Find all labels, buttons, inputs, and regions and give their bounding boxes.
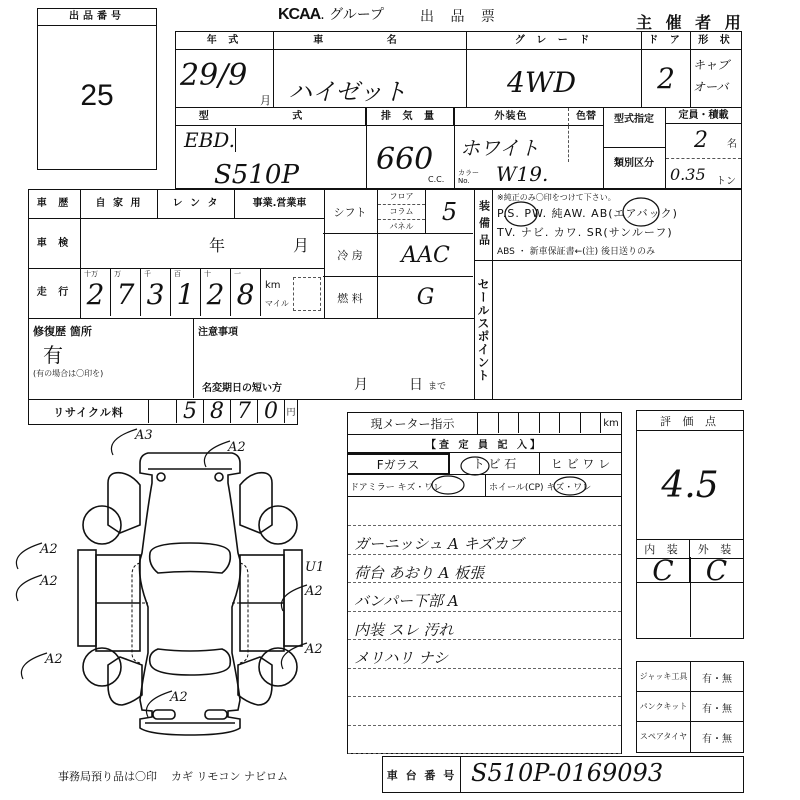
svg-text:A2: A2 [39,542,58,557]
year-label: 年 式 [176,32,274,50]
load-unit: トン [716,172,736,187]
shift-options: フロア コラム パネル [378,190,426,234]
meter-digit[interactable] [519,413,540,433]
shift-table: シフト フロア コラム パネル 5 冷 房 AAC 燃 料 G [323,189,475,319]
recycle-digit-empty [149,400,177,423]
recycle-digit: 5 [177,400,204,423]
tool-label: スペアタイヤ [637,722,691,752]
inspector-circle-marks [348,453,621,501]
note-line [348,525,621,526]
capacity-unit: 名 [727,135,737,150]
lot-box: 出品番号 25 [37,8,157,170]
name-change-month: 月 [354,374,368,394]
note-line [348,753,621,754]
meter-label: 現メーター指示 [348,413,478,435]
inspection-month: 月 [293,233,309,256]
fuel-value: G [378,277,473,318]
recycle-digit: 0 [258,400,285,423]
svg-text:U1: U1 [305,560,324,575]
color-label: 外装色 [454,108,568,126]
inspector-note: メリハリ ナシ [354,647,448,668]
recycle-digit: 7 [231,400,258,423]
tool-label: パンクキット [637,692,691,722]
color-no-value: W19. [496,162,548,186]
inspector-section-label: 【査 定 員 記 入】 [348,435,621,453]
shift-label: シフト [323,190,378,234]
car-damage-diagram[interactable]: A3A2A2A2A2A2A2A2U1 [0,425,345,765]
displacement-value: 660 [376,142,433,177]
recycle-digit: 8 [204,400,231,423]
tool-value[interactable]: 有・無 [691,692,743,722]
mileage-digit: 百1 [171,269,201,316]
mileage-unit-km: km [265,280,281,291]
displacement-unit: C.C. [428,175,444,184]
equipment-label: 装備品 [475,190,493,261]
tool-row: ジャッキ工具有・無 [637,662,743,692]
mileage-unit-mile: マイル [265,298,289,309]
inspector-note: 荷台 あおり A 板張 [354,562,484,583]
note-line [348,696,621,697]
mileage-digit: 万7 [111,269,141,316]
model-value-1: EBD. [184,128,236,152]
capacity-label: 定員・積載 [666,108,741,124]
tool-row: パンクキット有・無 [637,692,743,722]
tool-row: スペアタイヤ有・無 [637,722,743,752]
lot-label: 出品番号 [38,9,156,26]
load-value: 0.35 [670,165,706,184]
model-label: 型 式 [176,108,366,126]
dash-divider [568,126,569,162]
grade-label: グ レ ー ド [467,32,642,50]
chassis-label: 車 台 番 号 [383,757,461,792]
mileage-digit: 十2 [201,269,231,316]
inspector-note: ガーニッシュ A キズカブ [354,533,523,554]
name-value: ハイゼット [274,50,467,107]
color-no-label: カラー No. [458,169,480,185]
name-label: 車 名 [274,32,467,50]
lot-number: 25 [38,26,156,166]
displacement-label: 排 気 量 [366,108,454,126]
meter-digit[interactable] [499,413,520,433]
ac-label: 冷 房 [323,234,378,277]
history-table: 車 歴 自 家 用 レ ン タ 事業.営業車 車 検 年 月 走 行 十万2万7… [28,189,325,319]
caution-label: 注意事項 [198,323,470,338]
tool-value[interactable]: 有・無 [691,722,743,752]
svg-text:A2: A2 [44,652,63,667]
score-value: 4.5 [637,431,743,539]
recycle-unit: 円 [285,400,297,423]
sales-point-label: セールスポイント [475,261,493,399]
ac-value: AAC [378,234,473,277]
meter-unit: km [601,413,621,435]
type-designation-cell: 型式指定 [603,108,666,148]
inspector-note: 内装 スレ 汚れ [354,619,454,640]
brand: KCAA. グループ [278,4,384,24]
color-value: ホワイト [460,132,539,161]
shift-floor[interactable]: フロア [378,190,425,205]
recycle-cells: 5870 [177,400,285,423]
repair-cell: 修復歴 箇所 有 (有の場合は〇印を) [29,319,194,398]
inspector-notes[interactable]: ガーニッシュ A キズカブ荷台 あおり A 板張バンパー下部 A内装 スレ 汚れ… [348,497,621,753]
grade-value: 4WD [467,50,642,107]
equipment-table: 装備品 ※純正のみ〇印をつけて下さい。 P.S. PW. 純AW. AB(エアバ… [474,189,742,400]
name-change-label: 名変期日の短い方 [202,379,282,394]
office-note: 事務局預り品は〇印 カギ リモコン ナビロム [58,768,288,784]
mileage-digit: 十万2 [81,269,111,316]
mileage-cells: 十万2万7千3百1十2一8 [81,269,261,318]
meter-digit[interactable] [581,413,602,433]
equipment-circle-marks [493,190,741,261]
recycle-table: リサイクル料 5870 円 [28,400,298,425]
name-change-day: 日 [409,374,423,394]
mileage-digit: 千3 [141,269,171,316]
shift-column[interactable]: コラム [378,205,425,220]
shape-label: 形 状 [691,32,741,50]
shift-value: 5 [426,190,473,234]
score-label: 評 価 点 [637,411,743,431]
history-option-private[interactable]: 自 家 用 [81,190,158,219]
fuel-label: 燃 料 [323,277,378,318]
svg-text:A3: A3 [134,428,153,443]
svg-text:A2: A2 [304,584,323,599]
chassis-box: 車 台 番 号 S510P-0169093 [382,756,744,793]
door-label: ド ア [642,32,691,50]
category-cell: 類別区分 [603,148,666,188]
inspection-cell: 年 月 [81,219,324,269]
svg-text:A2: A2 [304,642,323,657]
door-value: 2 [642,50,691,107]
form-title: 出 品 票 [420,6,501,26]
repair-table: 修復歴 箇所 有 (有の場合は〇印を) 注意事項 名変期日の短い方 月 日 まで [28,319,475,400]
capacity-value: 2 [694,128,708,153]
vehicle-table: 年 式 車 名 グ レ ー ド ド ア 形 状 29/9 月 ハイゼット 4WD… [175,31,742,189]
svg-text:A2: A2 [39,574,58,589]
name-change-until: まで [428,379,446,392]
inspector-note: バンパー下部 A [354,590,459,611]
tool-label: ジャッキ工具 [637,662,691,692]
color-change-label: 色替 [568,108,603,126]
history-option-rental[interactable]: レ ン タ [158,190,235,219]
office-items[interactable]: カギ リモコン ナビロム [171,770,288,783]
repair-value: 有 [33,339,189,368]
copy-label: 主 催 者 用 [636,10,745,33]
mileage-label: 走 行 [29,269,81,318]
meter-digit[interactable] [540,413,561,433]
dash-divider [666,158,741,159]
mile-checkbox[interactable] [293,277,321,311]
recycle-label: リサイクル料 [29,400,149,423]
inspector-table: 現メーター指示 km 【査 定 員 記 入】 Fガラス ト ビ 石 ヒ ビ ワ … [347,412,622,754]
tools-table: ジャッキ工具有・無パンクキット有・無スペアタイヤ有・無 [636,661,744,753]
col-divider [690,557,691,637]
mileage-digit: 一8 [231,269,261,316]
history-option-commercial[interactable]: 事業.営業車 [235,190,324,219]
meter-digit[interactable] [478,413,499,433]
meter-digit[interactable] [560,413,581,433]
model-value-2: S510P [214,160,299,190]
inspection-label: 車 検 [29,219,81,269]
shift-panel[interactable]: パネル [378,220,425,234]
tool-value[interactable]: 有・無 [691,662,743,692]
caution-cell: 注意事項 名変期日の短い方 月 日 まで [194,319,474,398]
grade-values-box [636,557,744,639]
svg-text:A2: A2 [227,440,246,455]
shape-value: キャブオーバ [693,54,739,106]
repair-note: (有の場合は〇印を) [33,368,189,379]
inspection-year: 年 [209,233,225,256]
note-line [348,725,621,726]
svg-text:A2: A2 [169,690,188,705]
meter-cells[interactable] [478,413,601,435]
month-unit: 月 [260,92,271,108]
chassis-value: S510P-0169093 [471,759,663,787]
sales-point-area[interactable] [493,261,741,399]
repair-label: 修復歴 箇所 [33,323,189,339]
history-label: 車 歴 [29,190,81,219]
